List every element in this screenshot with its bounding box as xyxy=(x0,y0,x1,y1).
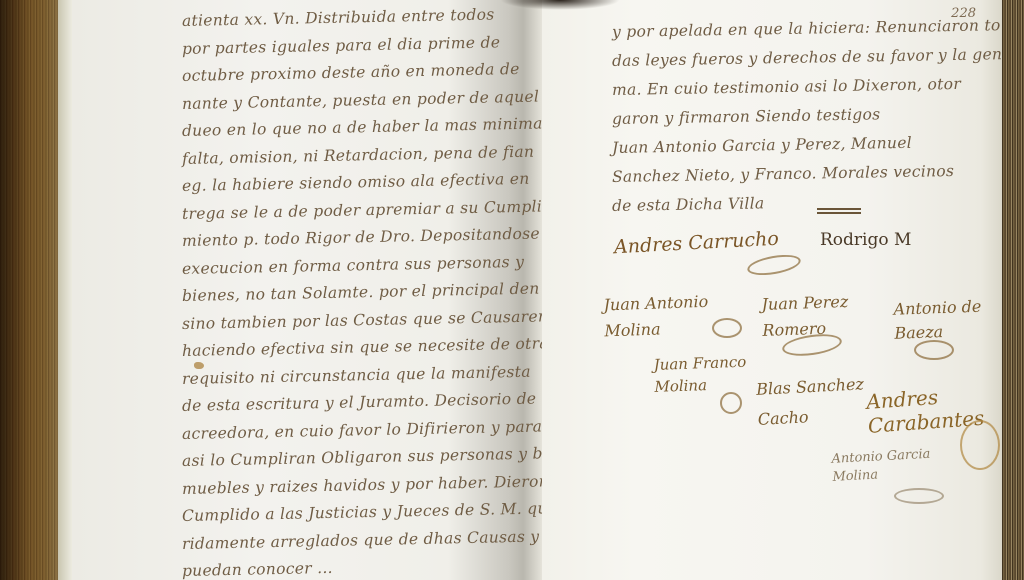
text-line: de esta Dicha Villa xyxy=(612,185,1002,221)
closing-double-rule xyxy=(817,208,861,214)
gutter-shadow xyxy=(500,0,620,10)
signature-flourish xyxy=(914,340,954,360)
signature-flourish xyxy=(894,488,944,504)
manuscript-spread: atienta xx. Vn. Distribuida entre todos … xyxy=(0,0,1024,580)
signature-flourish xyxy=(720,392,742,414)
signature: Andres Carrucho xyxy=(614,228,780,259)
right-page: 228 y por apelada en que la hiciera: Ren… xyxy=(542,0,1004,580)
signature: Blas Sanchez Cacho xyxy=(756,369,869,435)
signature-flourish xyxy=(746,251,802,278)
signature: Antonio de Baeza xyxy=(893,294,995,345)
right-page-text: y por apelada en que la hiciera: Renunci… xyxy=(612,18,1002,221)
left-page: atienta xx. Vn. Distribuida entre todos … xyxy=(72,0,542,580)
signature: Rodrigo M xyxy=(820,230,911,250)
left-page-stack-edge xyxy=(0,0,72,580)
signature: Antonio Garcia Molina xyxy=(831,445,943,487)
signature-flourish xyxy=(960,420,1000,470)
left-page-text: atienta xx. Vn. Distribuida entre todos … xyxy=(182,8,532,580)
right-page-stack-edge xyxy=(1002,0,1024,580)
signature-flourish xyxy=(712,318,742,338)
signature: Juan Franco Molina xyxy=(653,350,764,398)
